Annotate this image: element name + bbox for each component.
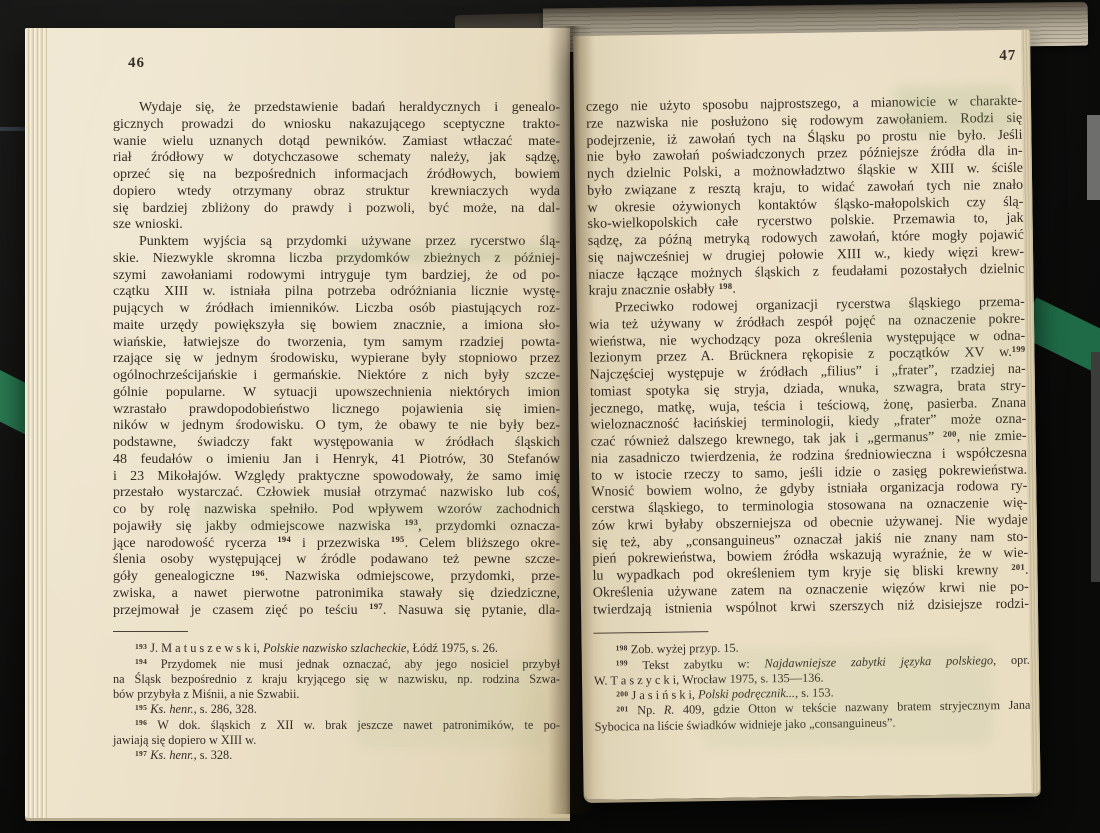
footnote: 196 W dok. śląskich z XII w. brak jeszcz…	[113, 718, 560, 749]
right-page: 47 czego nie użyto sposobu najprostszego…	[573, 30, 1041, 800]
left-text-block: Wydaje się, że przedstawienie badań hera…	[113, 100, 560, 764]
footnote: 201 Np. R. 409, gdzie Otton w tekście na…	[594, 698, 1030, 735]
footnote: 195 Ks. henr., s. 286, 328.	[113, 702, 560, 717]
footnote-divider	[113, 631, 188, 632]
paragraph: Przeciwko rodowej organizacji rycerstwa …	[589, 295, 1029, 619]
paragraph: Punktem wyjścia są przydomki używane prz…	[113, 234, 560, 619]
book-photo: 46 Wydaje się, że przedstawienie badań h…	[0, 0, 1100, 833]
footnote: 197 Ks. henr., s. 328.	[113, 748, 560, 763]
right-text-block: czego nie użyto sposobu najprostszego, a…	[586, 94, 1031, 735]
paragraph: czego nie użyto sposobu najprostszego, a…	[586, 94, 1025, 301]
footnotes-left: 193 J. M a t u s z e w s k i, Polskie na…	[113, 641, 560, 763]
background-object-2	[1091, 352, 1100, 582]
paragraph: Wydaje się, że przedstawienie badań hera…	[113, 100, 560, 234]
left-page: 46 Wydaje się, że przedstawienie badań h…	[25, 28, 570, 818]
footnote: 193 J. M a t u s z e w s k i, Polskie na…	[113, 641, 560, 656]
page-number-right: 47	[999, 48, 1016, 65]
footnote: 194 Przydomek nie musi jednak oznaczać, …	[113, 657, 560, 703]
background-object	[1087, 115, 1100, 200]
footnote-divider	[593, 631, 708, 634]
page-number-left: 46	[128, 55, 145, 72]
footnotes-right: 198 Zob. wyżej przyp. 15. 199 Tekst zaby…	[593, 637, 1030, 735]
